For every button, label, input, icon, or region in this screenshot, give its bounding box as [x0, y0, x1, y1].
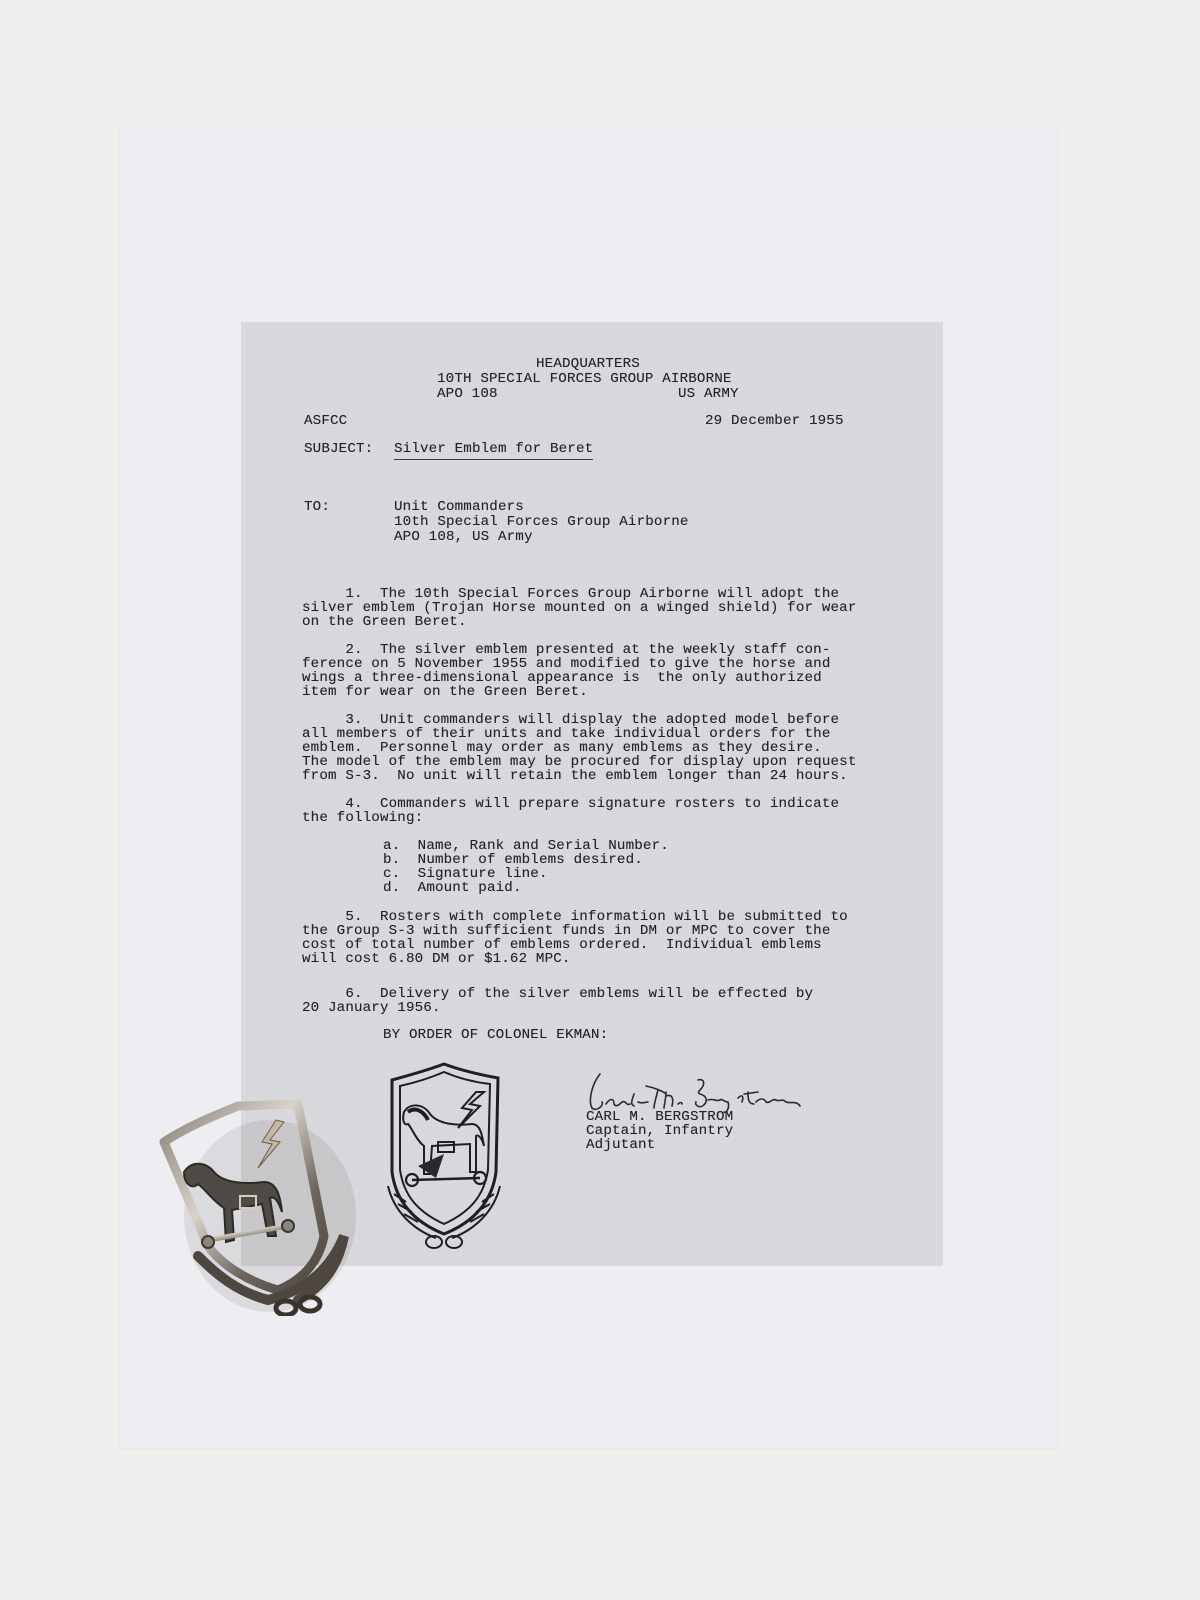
subject-text: Silver Emblem for Beret	[394, 442, 593, 460]
reference-code: ASFCC	[304, 414, 347, 430]
para-6-line-2: 20 January 1956.	[302, 1001, 441, 1017]
para-2-line-4: item for wear on the Green Beret.	[302, 685, 588, 701]
para-1-line-3: on the Green Beret.	[302, 615, 467, 631]
para-4-line-2: the following:	[302, 811, 423, 827]
closing-line: BY ORDER OF COLONEL EKMAN:	[383, 1028, 608, 1044]
to-label: TO:	[304, 500, 330, 516]
roster-item-d: d. Amount paid.	[383, 881, 522, 897]
letterhead-apo: APO 108	[437, 387, 498, 403]
letter-date: 29 December 1955	[705, 414, 844, 430]
trojan-horse-winged-shield-icon	[384, 1062, 504, 1252]
para-3-line-5: from S-3. No unit will retain the emblem…	[302, 769, 848, 785]
to-line-3: APO 108, US Army	[394, 530, 533, 546]
letterhead-army: US ARMY	[678, 387, 739, 403]
subject-label: SUBJECT:	[304, 442, 373, 458]
para-5-line-4: will cost 6.80 DM or $1.62 MPC.	[302, 952, 571, 968]
silver-beret-badge-icon	[158, 1086, 358, 1316]
signer-title: Adjutant	[586, 1138, 655, 1154]
